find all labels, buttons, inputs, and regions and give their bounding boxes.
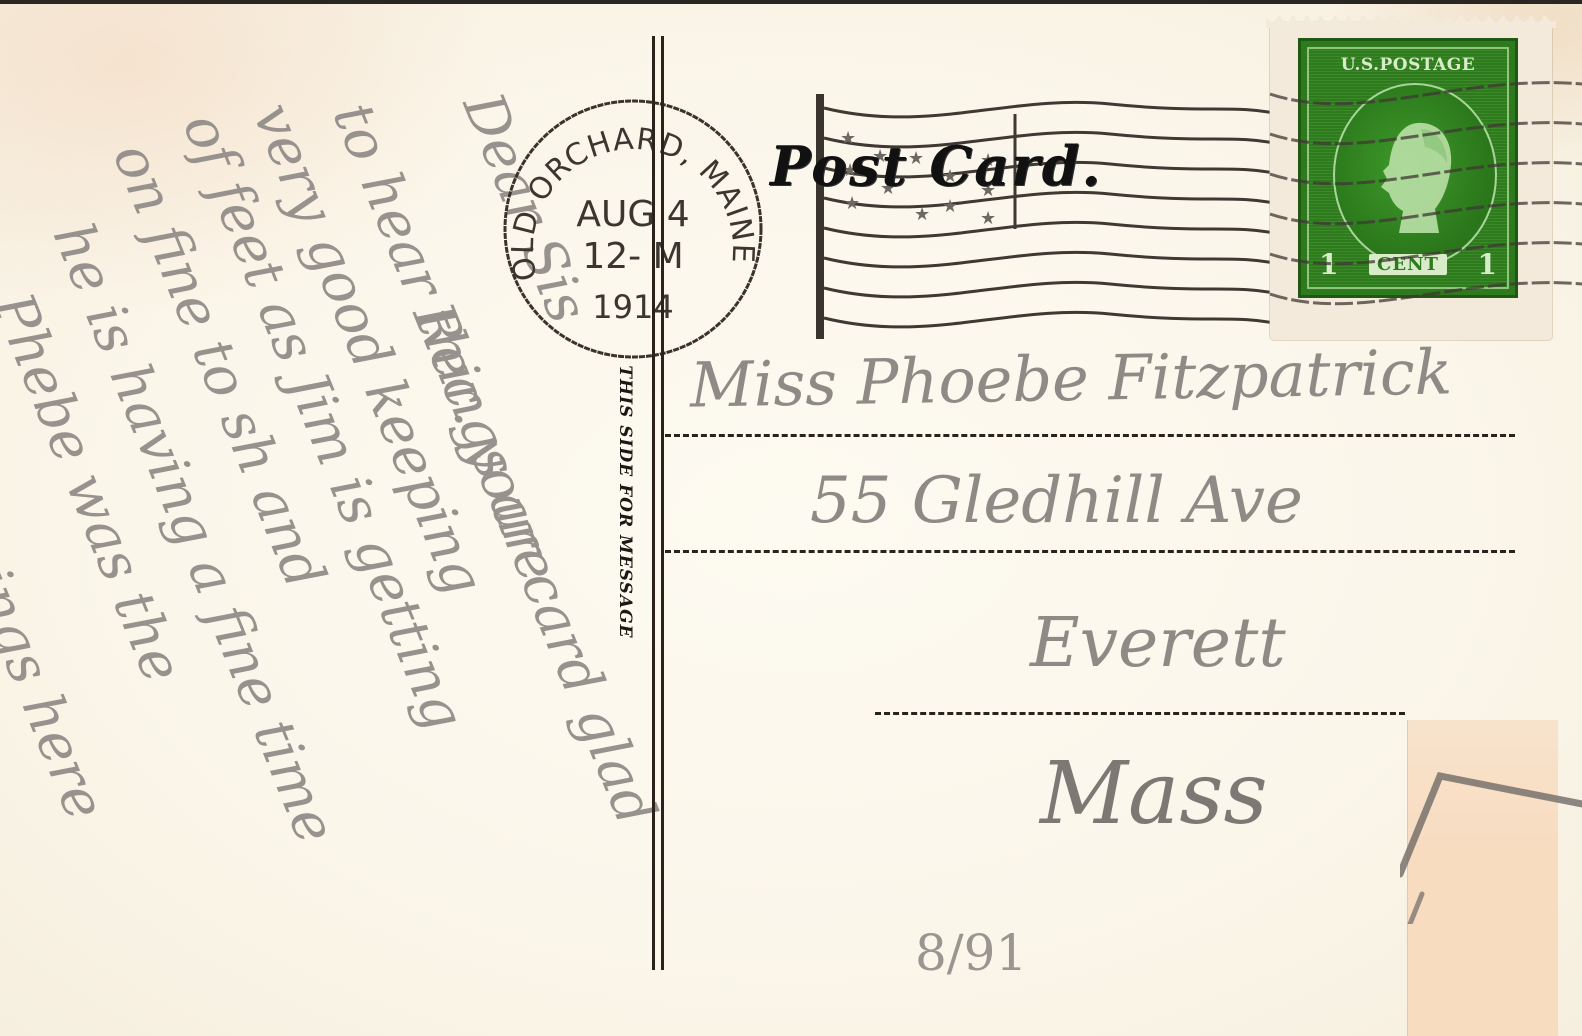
flag-cancel: ★ ★ ★ ★ ★ ★ ★ ★ ★ ★ ★ ★ — [810, 94, 1280, 344]
this-side-for-message-label: THIS SIDE FOR MESSAGE — [615, 365, 635, 638]
pencil-stroke — [1400, 764, 1582, 924]
recipient-name: Miss Phoebe Fitzpatrick — [689, 335, 1452, 421]
stamp-denomination-left: 1 — [1319, 248, 1338, 281]
svg-text:★: ★ — [980, 208, 996, 229]
postage-stamp: U.S.POSTAGE 1 CENT 1 — [1270, 22, 1552, 340]
recipient-street: 55 Gledhill Ave — [810, 464, 1303, 538]
svg-text:★: ★ — [942, 196, 958, 217]
address-line-1 — [665, 434, 1515, 437]
svg-text:12- M: 12- M — [582, 236, 683, 277]
post-card-title: Post Card. — [770, 134, 1102, 198]
svg-text:★: ★ — [914, 204, 930, 225]
address-line-2 — [665, 550, 1515, 553]
stamp-top-text: U.S.POSTAGE — [1309, 55, 1507, 75]
stamp-portrait-oval — [1333, 83, 1497, 267]
address-line-3 — [875, 712, 1405, 715]
recipient-state: Mass — [1040, 744, 1268, 844]
postcard-back: Dear Sis Rec. your card glad to hear thi… — [0, 4, 1582, 1036]
divider-line — [652, 36, 655, 970]
stamp-denomination-right: 1 — [1478, 248, 1497, 281]
stamp-face: U.S.POSTAGE 1 CENT 1 — [1298, 38, 1518, 298]
stamp-denomination-row: 1 CENT 1 — [1309, 248, 1507, 281]
washington-portrait-icon — [1377, 115, 1457, 235]
svg-text:AUG 4: AUG 4 — [576, 194, 689, 235]
pencil-note: 8/91 — [915, 924, 1027, 982]
stamp-cent-label: CENT — [1369, 254, 1447, 275]
postmark-circle: OLD ORCHARD, MAINE AUG 4 12- M 1914 — [500, 96, 766, 362]
divider-line — [661, 36, 664, 970]
recipient-city: Everett — [1030, 604, 1286, 683]
